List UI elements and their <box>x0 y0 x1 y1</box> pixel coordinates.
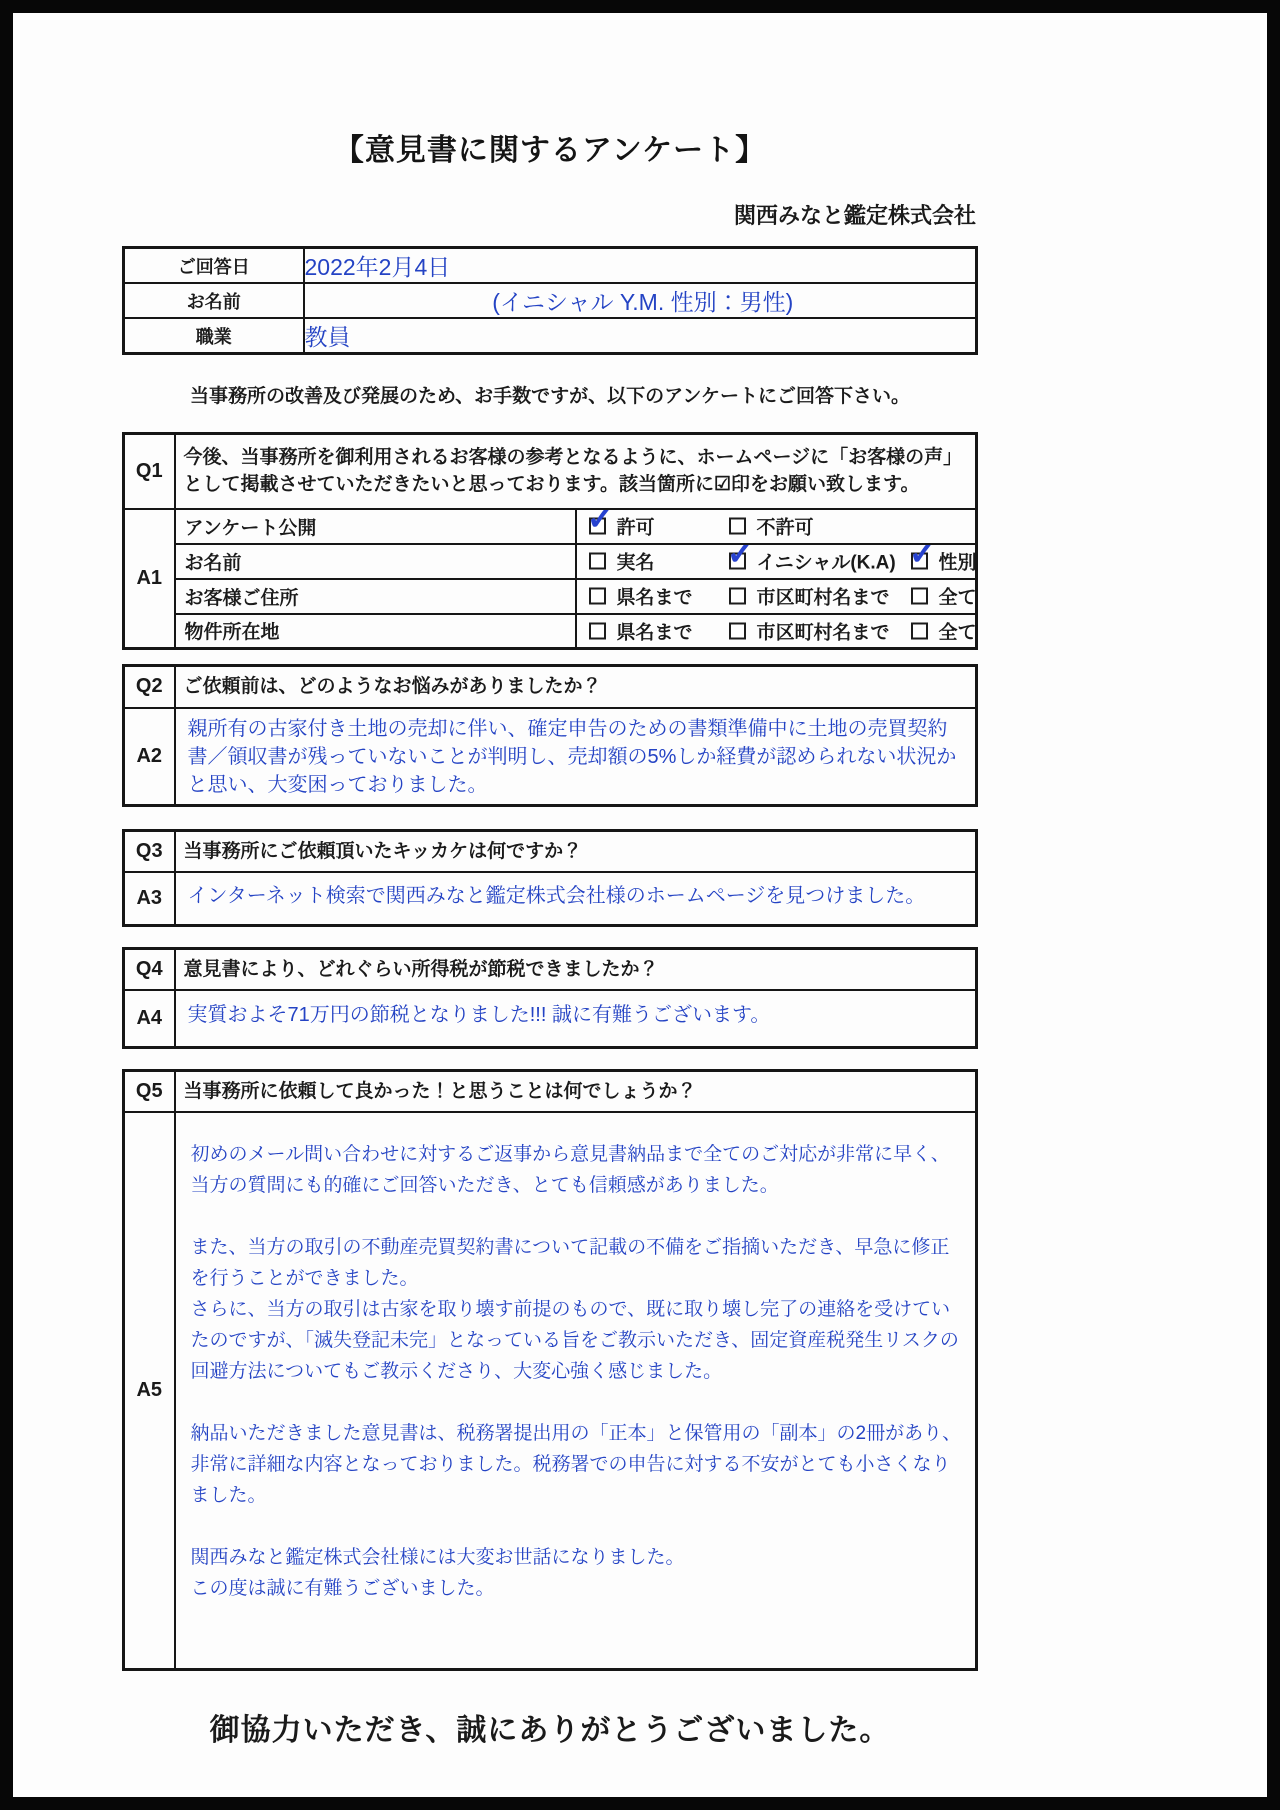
a5-paragraph: 関西みなと鑑定株式会社様には大変お世話になりました。 <box>191 1542 964 1573</box>
occupation-label: 職業 <box>124 318 304 354</box>
table-row: 職業 教員 <box>124 318 977 354</box>
a5-paragraph: また、当方の取引の不動産売買契約書について記載の不備をご指摘いただき、早急に修正… <box>191 1232 964 1294</box>
a2-number: A2 <box>124 708 175 806</box>
a3-answer: インターネット検索で関西みなと鑑定株式会社様のホームページを見つけました。 <box>175 872 977 925</box>
checkbox-icon[interactable] <box>729 518 746 535</box>
a5-answer: 初めのメール問い合わせに対するご返事から意見書納品まで全てのご対応が非常に早く、… <box>175 1112 977 1669</box>
q2-number: Q2 <box>124 666 175 708</box>
q5-table: Q5 当事務所に依頼して良かった！と思うことは何でしょうか？ A5 初めのメール… <box>122 1069 978 1671</box>
a1-row-label-name: お名前 <box>175 544 576 579</box>
table-row: お名前 (イニシャル Y.M. 性別：男性) <box>124 283 977 318</box>
option-prefecture[interactable]: 県名まで <box>589 583 693 610</box>
a5-paragraph: 納品いただきました意見書は、税務署提出用の「正本」と保管用の「副本」の2冊があり… <box>191 1418 964 1511</box>
q2-table: Q2 ご依頼前は、どのようなお悩みがありましたか？ A2 親所有の古家付き土地の… <box>122 664 978 807</box>
option-gender[interactable]: 性別 <box>911 548 977 575</box>
a2-answer: 親所有の古家付き土地の売却に伴い、確定申告のための書類準備中に土地の売買契約書／… <box>175 708 977 806</box>
checkbox-icon[interactable] <box>911 622 928 639</box>
q2-question: ご依頼前は、どのようなお悩みがありましたか？ <box>175 666 977 708</box>
checkbox-icon[interactable] <box>589 553 606 570</box>
a3-number: A3 <box>124 872 175 925</box>
q3-number: Q3 <box>124 830 175 872</box>
option-initial[interactable]: イニシャル(K.A) <box>729 548 896 575</box>
table-row: A4 実質およそ71万円の節税となりました!!! 誠に有難うございます。 <box>124 990 977 1047</box>
table-row: Q1 今後、当事務所を御利用されるお客様の参考となるように、ホームページに「お客… <box>124 434 977 509</box>
a4-answer: 実質およそ71万円の節税となりました!!! 誠に有難うございます。 <box>175 990 977 1047</box>
table-row: Q3 当事務所にご依頼頂いたキッカケは何ですか？ <box>124 830 977 872</box>
table-row: Q5 当事務所に依頼して良かった！と思うことは何でしょうか？ <box>124 1070 977 1112</box>
option-municipality[interactable]: 市区町村名まで <box>729 583 890 610</box>
q4-question: 意見書により、どれぐらい所得税が節税できましたか？ <box>175 948 977 990</box>
a5-paragraph <box>191 1201 964 1232</box>
name-label: お名前 <box>124 283 304 318</box>
q3-question: 当事務所にご依頼頂いたキッカケは何ですか？ <box>175 830 977 872</box>
q4-table: Q4 意見書により、どれぐらい所得税が節税できましたか？ A4 実質およそ71万… <box>122 947 978 1049</box>
checkbox-icon[interactable] <box>589 588 606 605</box>
footer-thanks-text: 御協力いただき、誠にありがとうございました。 <box>122 1705 978 1749</box>
table-row: Q2 ご依頼前は、どのようなお悩みがありましたか？ <box>124 666 977 708</box>
option-permit[interactable]: 許可 <box>589 513 655 540</box>
table-row: お客様ご住所 県名まで 市区町村名まで 全て許可 <box>124 579 977 614</box>
option-real-name[interactable]: 実名 <box>589 548 655 575</box>
checkbox-icon[interactable] <box>729 588 746 605</box>
name-value: (イニシャル Y.M. 性別：男性) <box>304 283 977 318</box>
table-row: Q4 意見書により、どれぐらい所得税が節税できましたか？ <box>124 948 977 990</box>
page-content: 【意見書に関するアンケート】 関西みなと鑑定株式会社 ご回答日 2022年2月4… <box>122 125 978 1749</box>
q1-table: Q1 今後、当事務所を御利用されるお客様の参考となるように、ホームページに「お客… <box>122 432 978 650</box>
q1-number: Q1 <box>124 434 175 509</box>
table-row: 物件所在地 県名まで 市区町村名まで 全て許可 <box>124 614 977 649</box>
a1-options-publish: 許可 不許可 <box>576 509 977 544</box>
table-row: お名前 実名 イニシャル(K.A) 性別 <box>124 544 977 579</box>
table-row: ご回答日 2022年2月4日 <box>124 248 977 284</box>
checkbox-icon[interactable] <box>589 622 606 639</box>
a1-options-property: 県名まで 市区町村名まで 全て許可 不許可 <box>576 614 977 649</box>
a5-paragraph: さらに、当方の取引は古家を取り壊す前提のもので、既に取り壊し完了の連絡を受けてい… <box>191 1294 964 1387</box>
checkbox-icon[interactable] <box>729 622 746 639</box>
respondent-info-table: ご回答日 2022年2月4日 お名前 (イニシャル Y.M. 性別：男性) 職業… <box>122 246 978 355</box>
intro-text: 当事務所の改善及び発展のため、お手数ですが、以下のアンケートにご回答下さい。 <box>122 381 978 408</box>
a5-paragraph <box>191 1387 964 1418</box>
table-row: A5 初めのメール問い合わせに対するご返事から意見書納品まで全てのご対応が非常に… <box>124 1112 977 1669</box>
table-row: A3 インターネット検索で関西みなと鑑定株式会社様のホームページを見つけました。 <box>124 872 977 925</box>
option-all-permit[interactable]: 全て許可 <box>911 617 977 644</box>
response-date-label: ご回答日 <box>124 248 304 284</box>
a4-number: A4 <box>124 990 175 1047</box>
option-prefecture[interactable]: 県名まで <box>589 617 693 644</box>
page-title: 【意見書に関するアンケート】 <box>122 125 978 169</box>
company-name: 関西みなと鑑定株式会社 <box>122 199 978 230</box>
a5-paragraph <box>191 1511 964 1542</box>
response-date-value: 2022年2月4日 <box>304 248 977 284</box>
q5-number: Q5 <box>124 1070 175 1112</box>
checkbox-icon[interactable] <box>911 588 928 605</box>
a1-number: A1 <box>124 509 175 649</box>
q1-question: 今後、当事務所を御利用されるお客様の参考となるように、ホームページに「お客様の声… <box>175 434 977 509</box>
checkbox-icon[interactable] <box>729 553 746 570</box>
a1-row-label-address: お客様ご住所 <box>175 579 576 614</box>
checkbox-icon[interactable] <box>911 553 928 570</box>
a1-row-label-publish: アンケート公開 <box>175 509 576 544</box>
q4-number: Q4 <box>124 948 175 990</box>
a5-paragraph: 初めのメール問い合わせに対するご返事から意見書納品まで全てのご対応が非常に早く、… <box>191 1139 964 1201</box>
a5-number: A5 <box>124 1112 175 1669</box>
scanned-survey-page: 【意見書に関するアンケート】 関西みなと鑑定株式会社 ご回答日 2022年2月4… <box>0 0 1280 1810</box>
option-municipality[interactable]: 市区町村名まで <box>729 617 890 644</box>
a1-options-name: 実名 イニシャル(K.A) 性別 不許可 <box>576 544 977 579</box>
table-row: A1 アンケート公開 許可 不許可 <box>124 509 977 544</box>
a1-options-address: 県名まで 市区町村名まで 全て許可 不許可 <box>576 579 977 614</box>
occupation-value: 教員 <box>304 318 977 354</box>
a1-row-label-property: 物件所在地 <box>175 614 576 649</box>
q5-question: 当事務所に依頼して良かった！と思うことは何でしょうか？ <box>175 1070 977 1112</box>
table-row: A2 親所有の古家付き土地の売却に伴い、確定申告のための書類準備中に土地の売買契… <box>124 708 977 806</box>
checkbox-icon[interactable] <box>589 518 606 535</box>
option-all-permit[interactable]: 全て許可 <box>911 583 977 610</box>
q3-table: Q3 当事務所にご依頼頂いたキッカケは何ですか？ A3 インターネット検索で関西… <box>122 829 978 927</box>
a5-paragraph: この度は誠に有難うございました。 <box>191 1573 964 1604</box>
option-no-permit[interactable]: 不許可 <box>729 513 814 540</box>
